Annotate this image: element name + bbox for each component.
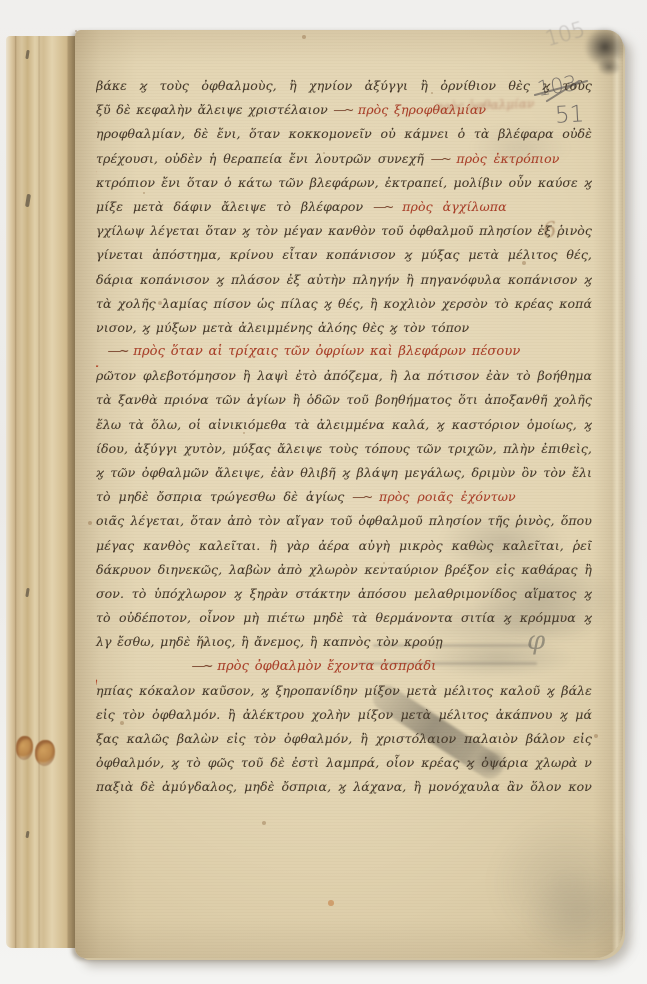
- body-text: τὸ μηδὲ ὄσπρια τρώγεσθω δὲ ἁγίως: [96, 489, 352, 504]
- manuscript-line: ὀφθαλμόν, ϗ τὸ φῶς τοῦ δὲ ἐστὶ λαμπρά, ο…: [96, 751, 592, 775]
- rubric-text: πρὸς ξηροφθαλμίαν: [352, 102, 486, 117]
- body-text: ϗ τῶν ὀφθαλμῶν ἄλειψε, ἐὰν θλιβῆ ϗ βλάψη…: [96, 465, 592, 485]
- body-text: σον. τὸ ὑπόχλωρον ϗ ξηρὰν στάκτην ἀπόσου…: [96, 586, 592, 606]
- stitch-mark: [25, 588, 29, 597]
- body-text: ξῦ δὲ κεφαλὴν ἄλειψε χριστέλαιον: [96, 102, 333, 117]
- manuscript-line: τὰ ξανθὰ πριόνα τῶν ἁγίων ἢ ὁδῶν τοῦ βοη…: [96, 388, 592, 412]
- rubric-text: πρὸς ἀγχίλωπα: [392, 199, 506, 214]
- body-text: —~: [192, 659, 212, 674]
- manuscript-line: τὰ χολῆς λαμίας πίσον ὡς πίλας ϗ θές, ἢ …: [96, 292, 592, 316]
- manuscript-line: βάκε ϗ τοὺς ὀφθαλμοὺς, ἢ χηνίον ἀξύγγι ἢ…: [96, 74, 592, 98]
- body-text: κτρόπιον ἔνι ὅταν ὁ κάτω τῶν βλεφάρων, ἐ…: [96, 175, 592, 190]
- stitch-mark: [25, 194, 31, 207]
- body-text: τὰ χολῆς λαμίας πίσον ὡς πίλας ϗ θές, ἢ …: [96, 296, 592, 311]
- body-text: ίδου, ἀξύγγι χυτὸν, μύξας ἄλειψε τοὺς τό…: [96, 441, 592, 461]
- manuscript-line: μέγας κανθὸς καλεῖται. ἢ γὰρ ἀέρα αὐγὴ μ…: [96, 534, 592, 558]
- manuscript-line: ξῦ δὲ κεφαλὴν ἄλειψε χριστέλαιον —~ πρὸς…: [96, 98, 592, 122]
- manuscript-line: Ϲηπίας κόκαλον καῦσον, ϗ ξηροπανίδην μίξ…: [96, 679, 592, 703]
- wax-stain: [16, 736, 33, 760]
- manuscript-page: 105 103 51 πρὸς ὀφθαλμίαν 6 φ βάκε ϗ τοὺ…: [75, 30, 623, 958]
- manuscript-line: δάρια κοπάνισον ϗ πλάσον ἐξ αὐτὴν πληγήν…: [96, 268, 592, 292]
- body-text: [507, 199, 592, 214]
- paper-freckles: [75, 30, 77, 32]
- manuscript-line: παξιὰ δὲ ἀμύγδαλος, μηδὲ ὄσπρια, ϗ λάχαν…: [96, 775, 592, 799]
- manuscript-line: ξηροφθαλμίαν, δὲ ἔνι, ὅταν κοκκομονεῖν ο…: [96, 122, 592, 146]
- body-text: δάκρυον διηνεκῶς, λαβὼν ἀπὸ χλωρὸν κεντα…: [96, 562, 592, 582]
- manuscript-line: λγ ἔσθω, μηδὲ ἥλιος, ἢ ἄνεμος, ἢ καπνὸς …: [96, 630, 592, 654]
- rubric-text: πρὸς ὀφθαλμὸν ἔχοντα ἀσπράδι: [212, 659, 437, 674]
- body-text: ξας καλῶς βαλὼν εἰς τὸν ὀφθαλμόν, ἢ χρισ…: [96, 731, 592, 751]
- body-text: λγ ἔσθω, μηδὲ ἥλιος, ἢ ἄνεμος, ἢ καπνὸς …: [96, 634, 443, 649]
- rubric-text: πρὸς ροιᾶς ἐχόντων: [371, 489, 516, 504]
- body-text: —~: [352, 489, 371, 504]
- scanned-page: 105 103 51 πρὸς ὀφθαλμίαν 6 φ βάκε ϗ τοὺ…: [0, 0, 647, 984]
- body-text: μέγας κανθὸς καλεῖται. ἢ γὰρ ἀέρα αὐγὴ μ…: [96, 538, 592, 553]
- body-text: —~: [431, 151, 450, 166]
- manuscript-line: ίδου, ἀξύγγι χυτὸν, μύξας ἄλειψε τοὺς τό…: [96, 437, 592, 461]
- manuscript-line: γίνεται ἀπόστημα, κρίνου εἶταν κοπάνισον…: [96, 243, 592, 267]
- body-text: τὸ οὐδέποτον, οἶνον μὴ πιέτω μηδὲ τὰ θερ…: [96, 610, 592, 630]
- body-text: —~: [373, 199, 392, 214]
- body-text: νισον, ϗ μύξων μετὰ ἀλειμμένης ἀλόης θὲς…: [96, 320, 469, 335]
- manuscript-line: εἰς τὸν ὀφθαλμόν. ἢ ἀλέκτρου χολὴν μίξον…: [96, 703, 592, 727]
- manuscript-line: Πρῶτον φλεβοτόμησον ἢ λαψὶ ἐτὸ ἀπόζεμα, …: [96, 364, 592, 388]
- wax-stain: [35, 740, 55, 766]
- manuscript-line: τὸ μηδὲ ὄσπρια τρώγεσθω δὲ ἁγίως —~ πρὸς…: [96, 485, 592, 509]
- body-text: ὀφθαλμόν, ϗ τὸ φῶς τοῦ δὲ ἐστὶ λαμπρά, ο…: [96, 755, 592, 770]
- body-text: εἰς τὸν ὀφθαλμόν. ἢ ἀλέκτρου χολὴν μίξον…: [96, 707, 592, 722]
- manuscript-line: τρέχουσι, οὐδὲν ἡ θεραπεία ἔνι λουτρῶν σ…: [96, 147, 592, 171]
- body-text: βάκε ϗ τοὺς ὀφθαλμοὺς, ἢ χηνίον ἀξύγγι ἢ…: [96, 78, 592, 98]
- stitch-mark: [25, 831, 29, 838]
- text-block: βάκε ϗ τοὺς ὀφθαλμοὺς, ἢ χηνίον ἀξύγγι ἢ…: [96, 74, 592, 800]
- manuscript-line: ϗ τῶν ὀφθαλμῶν ἄλειψε, ἐὰν θλιβῆ ϗ βλάψη…: [96, 461, 592, 485]
- body-text: [559, 151, 592, 166]
- body-text: ηροφθαλμίαν, δὲ ἔνι, ὅταν κοκκομονεῖν οὐ…: [96, 126, 592, 146]
- pencil-number-top: 105: [542, 17, 587, 51]
- stain: [525, 872, 635, 957]
- manuscript-line: μίξε μετὰ δάφιν ἄλειψε τὸ βλέφαρον —~ πρ…: [96, 195, 592, 219]
- stain: [490, 815, 640, 950]
- paragraph-initial: Є: [96, 171, 97, 195]
- stitch-mark: [25, 50, 29, 59]
- body-text: γχίλωψ λέγεται ὅταν ϗ τὸν μέγαν κανθὸν τ…: [96, 223, 592, 243]
- manuscript-line: ροιᾶς λέγεται, ὅταν ἀπὸ τὸν αἴγαν τοῦ ὀφ…: [96, 509, 592, 533]
- body-text: γίνεται ἀπόστημα, κρίνου εἶταν κοπάνισον…: [96, 247, 592, 267]
- facing-page-edge: [6, 36, 78, 948]
- section-heading: —~ πρὸς ὀφθαλμὸν ἔχοντα ἀσπράδι: [96, 655, 592, 679]
- corner-smudge: [597, 58, 621, 76]
- manuscript-line: ἔλω τὰ ὅλω, οἱ αἰνικιόμεθα τὰ ἀλειμμένα …: [96, 413, 592, 437]
- body-text: [516, 489, 592, 504]
- manuscript-line: νισον, ϗ μύξων μετὰ ἀλειμμένης ἀλόης θὲς…: [96, 316, 592, 340]
- manuscript-line: ἀγχίλωψ λέγεται ὅταν ϗ τὸν μέγαν κανθὸν …: [96, 219, 592, 243]
- paragraph-initial: Ϲ: [96, 679, 98, 703]
- manuscript-line: δάκρυον διηνεκῶς, λαβὼν ἀπὸ χλωρὸν κεντα…: [96, 558, 592, 582]
- manuscript-line: ξας καλῶς βαλὼν εἰς τὸν ὀφθαλμόν, ἢ χρισ…: [96, 727, 592, 751]
- body-text: δάρια κοπάνισον ϗ πλάσον ἐξ αὐτὴν πληγήν…: [96, 272, 592, 292]
- rubric-text: πρὸς ὅταν αἱ τρίχαις τῶν ὀφρίων καὶ βλεφ…: [128, 344, 521, 359]
- body-text: μίξε μετὰ δάφιν ἄλειψε τὸ βλέφαρον: [96, 199, 373, 214]
- rubric-text: πρὸς ἐκτρόπιον: [450, 151, 560, 166]
- body-text: ηπίας κόκαλον καῦσον, ϗ ξηροπανίδην μίξο…: [96, 683, 592, 698]
- body-text: —~: [108, 344, 128, 359]
- body-text: παξιὰ δὲ ἀμύγδαλος, μηδὲ ὄσπρια, ϗ λάχαν…: [96, 779, 592, 794]
- section-heading: —~ πρὸς ὅταν αἱ τρίχαις τῶν ὀφρίων καὶ β…: [96, 340, 592, 364]
- paragraph-initial: ξ: [96, 122, 97, 146]
- body-text: ἔλω τὰ ὅλω, οἱ αἰνικιόμεθα τὰ ἀλειμμένα …: [96, 417, 592, 437]
- body-text: οιᾶς λέγεται, ὅταν ἀπὸ τὸν αἴγαν τοῦ ὀφθ…: [96, 513, 592, 528]
- body-text: —~: [333, 102, 352, 117]
- body-text: ρῶτον φλεβοτόμησον ἢ λαψὶ ἐτὸ ἀπόζεμα, ἢ…: [96, 368, 592, 388]
- manuscript-line: σον. τὸ ὑπόχλωρον ϗ ξηρὰν στάκτην ἀπόσου…: [96, 582, 592, 606]
- manuscript-line: τὸ οὐδέποτον, οἶνον μὴ πιέτω μηδὲ τὰ θερ…: [96, 606, 592, 630]
- paragraph-initial: Π: [96, 364, 98, 388]
- manuscript-line: Єκτρόπιον ἔνι ὅταν ὁ κάτω τῶν βλεφάρων, …: [96, 171, 592, 195]
- body-text: τὰ ξανθὰ πριόνα τῶν ἁγίων ἢ ὁδῶν τοῦ βοη…: [96, 392, 592, 412]
- body-text: τρέχουσι, οὐδὲν ἡ θεραπεία ἔνι λουτρῶν σ…: [96, 151, 431, 166]
